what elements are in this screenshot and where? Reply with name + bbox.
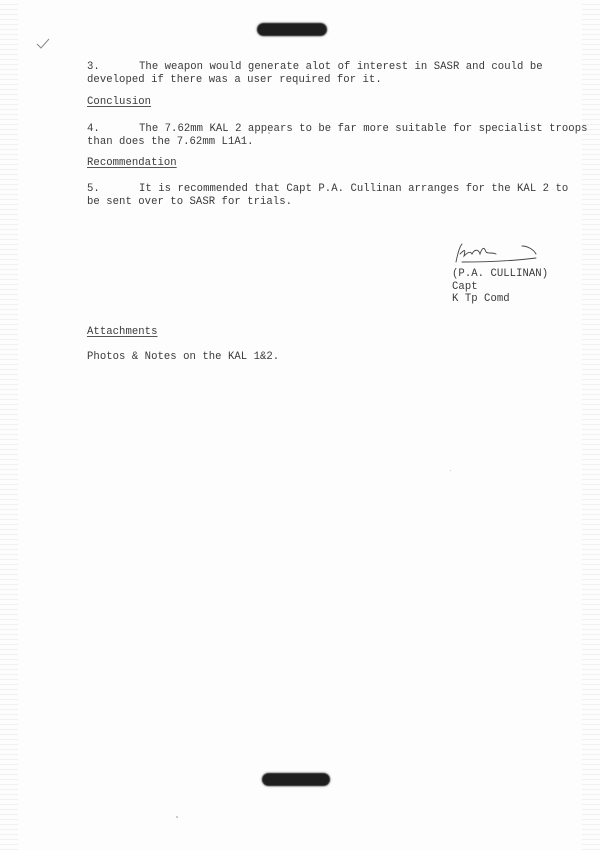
attachments-text: Photos & Notes on the KAL 1&2. [87,351,279,364]
section-heading-recommendation: Recommendation [87,157,177,169]
paragraph-number: 5. [87,183,139,196]
paragraph-text-line: It is recommended that Capt P.A. Cullina… [139,183,568,195]
paragraph-4: 4.The 7.62mm KAL 2 appears to be far mor… [87,123,588,148]
scan-speck [268,132,270,134]
paragraph-text-line: developed if there was a user required f… [87,74,382,86]
paragraph-text-line: than does the 7.62mm L1A1. [87,136,254,148]
paragraph-3: 3.The weapon would generate alot of inte… [87,61,543,86]
handwritten-signature-icon [452,240,542,268]
scan-speck [450,470,451,471]
paragraph-number: 4. [87,123,139,136]
section-heading-attachments: Attachments [87,326,157,338]
section-heading-conclusion: Conclusion [87,96,151,108]
paragraph-number: 3. [87,61,139,74]
signatory-appointment: K Tp Comd [452,293,572,306]
paragraph-5: 5.It is recommended that Capt P.A. Culli… [87,183,568,208]
document-page: 3.The weapon would generate alot of inte… [0,0,600,850]
signatory-rank: Capt [452,281,572,294]
signature-block: (P.A. CULLINAN) Capt K Tp Comd [452,240,572,306]
top-redaction [257,23,327,36]
scan-speck [176,816,178,818]
paragraph-text-line: be sent over to SASR for trials. [87,196,292,208]
margin-tick-mark [36,38,50,50]
paragraph-text-line: The 7.62mm KAL 2 appears to be far more … [139,123,588,135]
scan-edge-left [0,0,18,850]
signatory-name: (P.A. CULLINAN) [452,268,572,281]
bottom-redaction [262,773,330,786]
paragraph-text-line: The weapon would generate alot of intere… [139,61,543,73]
